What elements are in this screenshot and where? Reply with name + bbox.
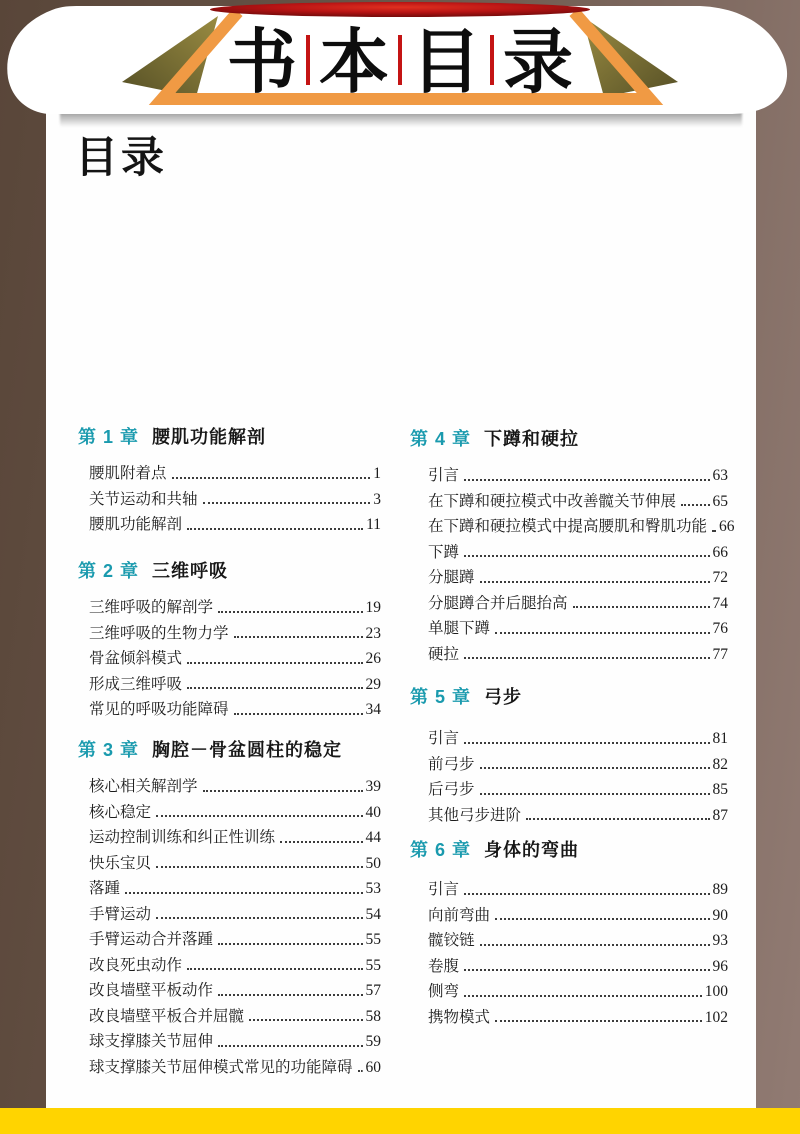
toc-entry-row: 下蹲 66 [428,540,728,566]
toc-entry-row: 在下蹲和硬拉模式中提高腰肌和臀肌功能 66 [428,514,728,540]
dot-leader [234,636,363,638]
dot-leader [358,1070,363,1072]
toc-entry-page: 102 [705,1005,728,1031]
toc-entry-title: 分腿蹲 [428,565,475,591]
toc-entry-title: 分腿蹲合并后腿抬高 [428,591,568,617]
toc-entry-row: 分腿蹲合并后腿抬高 74 [428,591,728,617]
toc-entry-page: 63 [713,463,729,489]
toc-entry-page: 82 [713,752,729,778]
toc-chapter-6: 第 6 章 身体的弯曲 引言 89 向前弯曲 90 髋铰链 93 卷腹 96 侧… [410,840,728,1030]
dot-leader [187,687,362,689]
toc-entry-row: 改良墙壁平板合并屈髋 58 [89,1004,381,1030]
page-title: 目录 [75,124,167,185]
chapter-entries: 引言 89 向前弯曲 90 髋铰链 93 卷腹 96 侧弯 100 携物模式 1… [428,877,728,1030]
toc-entry-page: 19 [366,595,382,621]
chapter-entries: 引言 81 前弓步 82 后弓步 85 其他弓步进阶 87 [428,726,728,828]
dot-leader [203,502,371,504]
toc-entry-page: 44 [366,825,382,851]
dot-leader [249,1019,362,1021]
chapter-number: 第 1 章 [78,427,139,447]
toc-entry-row: 分腿蹲 72 [428,565,728,591]
dot-leader [495,1020,702,1022]
toc-entry-page: 93 [713,928,729,954]
banner-char: 录 [494,24,582,100]
toc-entry-page: 81 [713,726,729,752]
toc-entry-page: 34 [366,697,382,723]
dot-leader [218,611,362,613]
toc-entry-title: 手臂运动 [89,902,151,928]
toc-entry-row: 形成三维呼吸 29 [89,672,381,698]
toc-entry-row: 向前弯曲 90 [428,903,728,929]
chapter-heading: 第 1 章 腰肌功能解剖 [78,427,381,447]
dot-leader [464,969,709,971]
dot-leader [218,994,362,996]
toc-entry-page: 55 [366,927,382,953]
toc-entry-page: 58 [366,1004,382,1030]
dot-leader [495,918,709,920]
toc-entry-page: 1 [373,461,381,487]
toc-chapter-2: 第 2 章 三维呼吸 三维呼吸的解剖学 19 三维呼吸的生物力学 23 骨盆倾斜… [78,561,381,723]
toc-entry-title: 向前弯曲 [428,903,490,929]
toc-entry-page: 74 [713,591,729,617]
toc-entry-title: 卷腹 [428,954,459,980]
toc-chapter-1: 第 1 章 腰肌功能解剖 腰肌附着点 1 关节运动和共轴 3 腰肌功能解剖 11 [78,427,381,538]
dot-leader [187,662,362,664]
toc-entry-page: 89 [713,877,729,903]
toc-entry-title: 运动控制训练和纠正性训练 [89,825,275,851]
chapter-title: 胸腔－骨盆圆柱的稳定 [152,740,342,760]
toc-entry-page: 26 [366,646,382,672]
dot-leader [156,917,362,919]
toc-chapter-5: 第 5 章 弓步 引言 81 前弓步 82 后弓步 85 其他弓步进阶 87 [410,687,728,828]
dot-leader [681,504,709,506]
toc-entry-row: 核心相关解剖学 39 [89,774,381,800]
toc-entry-title: 下蹲 [428,540,459,566]
dot-leader [187,968,362,970]
header-banner: 书 本 目 录 [0,0,800,130]
toc-entry-page: 100 [705,979,728,1005]
toc-entry-page: 23 [366,621,382,647]
chapter-entries: 核心相关解剖学 39 核心稳定 40 运动控制训练和纠正性训练 44 快乐宝贝 … [89,774,381,1080]
toc-entry-row: 三维呼吸的生物力学 23 [89,621,381,647]
toc-entry-title: 改良死虫动作 [89,953,182,979]
dot-leader [280,841,362,843]
dot-leader [172,477,371,479]
toc-entry-title: 手臂运动合并落踵 [89,927,213,953]
toc-entry-row: 前弓步 82 [428,752,728,778]
toc-entry-row: 髋铰链 93 [428,928,728,954]
dot-leader [156,866,362,868]
toc-entry-row: 三维呼吸的解剖学 19 [89,595,381,621]
toc-chapter-3: 第 3 章 胸腔－骨盆圆柱的稳定 核心相关解剖学 39 核心稳定 40 运动控制… [78,740,381,1080]
toc-entry-title: 腰肌功能解剖 [89,512,182,538]
toc-entry-page: 76 [713,616,729,642]
toc-entry-title: 侧弯 [428,979,459,1005]
toc-entry-title: 骨盆倾斜模式 [89,646,182,672]
toc-entry-row: 引言 63 [428,463,728,489]
chapter-title: 三维呼吸 [152,561,228,581]
toc-entry-title: 改良墙壁平板合并屈髋 [89,1004,244,1030]
dot-leader [480,581,710,583]
banner-char: 本 [310,24,398,100]
toc-entry-title: 常见的呼吸功能障碍 [89,697,229,723]
chapter-title: 身体的弯曲 [484,840,579,860]
chapter-heading: 第 6 章 身体的弯曲 [410,840,728,860]
toc-entry-title: 在下蹲和硬拉模式中改善髋关节伸展 [428,489,676,515]
toc-entry-page: 87 [713,803,729,829]
toc-entry-page: 60 [366,1055,382,1081]
dot-leader [218,1045,362,1047]
toc-entry-title: 球支撑膝关节屈伸 [89,1029,213,1055]
red-separator-bar [490,35,494,85]
toc-entry-page: 11 [366,512,381,538]
dot-leader [464,995,702,997]
toc-entry-row: 腰肌附着点 1 [89,461,381,487]
toc-entry-title: 前弓步 [428,752,475,778]
toc-entry-row: 在下蹲和硬拉模式中改善髋关节伸展 65 [428,489,728,515]
dot-leader [712,530,716,532]
chapter-number: 第 2 章 [78,561,139,581]
red-separator-bar [306,35,310,85]
toc-entry-row: 手臂运动合并落踵 55 [89,927,381,953]
toc-entry-title: 引言 [428,726,459,752]
toc-entry-page: 66 [719,514,735,540]
toc-entry-title: 引言 [428,463,459,489]
toc-entry-page: 90 [713,903,729,929]
toc-entry-page: 40 [366,800,382,826]
toc-chapter-4: 第 4 章 下蹲和硬拉 引言 63 在下蹲和硬拉模式中改善髋关节伸展 65 在下… [410,429,728,667]
toc-entry-row: 改良死虫动作 55 [89,953,381,979]
toc-entry-row: 落踵 53 [89,876,381,902]
toc-entry-page: 50 [366,851,382,877]
dot-leader [156,815,362,817]
toc-entry-row: 硬拉 77 [428,642,728,668]
toc-entry-title: 落踵 [89,876,120,902]
toc-entry-page: 65 [713,489,729,515]
toc-entry-title: 三维呼吸的生物力学 [89,621,229,647]
toc-entry-title: 快乐宝贝 [89,851,151,877]
chapter-title: 下蹲和硬拉 [484,429,579,449]
chapter-number: 第 3 章 [78,740,139,760]
toc-entry-title: 核心稳定 [89,800,151,826]
dot-leader [573,606,710,608]
toc-entry-title: 其他弓步进阶 [428,803,521,829]
toc-entry-page: 59 [366,1029,382,1055]
dot-leader [480,793,710,795]
toc-entry-title: 改良墙壁平板动作 [89,978,213,1004]
toc-entry-page: 77 [713,642,729,668]
toc-entry-row: 核心稳定 40 [89,800,381,826]
toc-entry-row: 引言 89 [428,877,728,903]
toc-entry-page: 39 [366,774,382,800]
toc-entry-title: 核心相关解剖学 [89,774,198,800]
toc-entry-page: 3 [373,487,381,513]
toc-entry-page: 57 [366,978,382,1004]
red-separator-bar [398,35,402,85]
chapter-title: 腰肌功能解剖 [152,427,266,447]
toc-entry-title: 携物模式 [428,1005,490,1031]
toc-entry-title: 球支撑膝关节屈伸模式常见的功能障碍 [89,1055,353,1081]
chapter-heading: 第 3 章 胸腔－骨盆圆柱的稳定 [78,740,381,760]
toc-entry-row: 关节运动和共轴 3 [89,487,381,513]
chapter-heading: 第 5 章 弓步 [410,687,728,707]
toc-entry-page: 53 [366,876,382,902]
chapter-heading: 第 2 章 三维呼吸 [78,561,381,581]
dot-leader [203,790,363,792]
toc-entry-title: 单腿下蹲 [428,616,490,642]
yellow-footer-bar [0,1108,800,1134]
toc-entry-title: 引言 [428,877,459,903]
dot-leader [464,657,709,659]
toc-entry-row: 卷腹 96 [428,954,728,980]
dot-leader [464,893,709,895]
banner-char: 目 [402,24,490,100]
toc-entry-row: 手臂运动 54 [89,902,381,928]
toc-entry-row: 常见的呼吸功能障碍 34 [89,697,381,723]
dot-leader [234,713,363,715]
toc-entry-row: 单腿下蹲 76 [428,616,728,642]
dot-leader [187,528,363,530]
toc-page: 目录 第 1 章 腰肌功能解剖 腰肌附着点 1 关节运动和共轴 3 腰肌功能解剖… [46,98,756,1109]
chapter-number: 第 6 章 [410,840,471,860]
dot-leader [526,818,709,820]
dot-leader [125,892,362,894]
toc-entry-title: 三维呼吸的解剖学 [89,595,213,621]
chapter-number: 第 5 章 [410,687,471,707]
toc-entry-title: 后弓步 [428,777,475,803]
red-swoosh-decoration [210,2,590,17]
toc-entry-row: 球支撑膝关节屈伸模式常见的功能障碍 60 [89,1055,381,1081]
dot-leader [218,943,362,945]
toc-entry-row: 快乐宝贝 50 [89,851,381,877]
banner-title: 书 本 目 录 [0,24,800,100]
toc-entry-row: 运动控制训练和纠正性训练 44 [89,825,381,851]
dot-leader [495,632,709,634]
banner-char: 书 [218,24,306,100]
dot-leader [464,555,709,557]
toc-entry-page: 85 [713,777,729,803]
dot-leader [464,742,709,744]
toc-entry-page: 72 [713,565,729,591]
chapter-heading: 第 4 章 下蹲和硬拉 [410,429,728,449]
toc-entry-title: 腰肌附着点 [89,461,167,487]
toc-entry-title: 硬拉 [428,642,459,668]
toc-entry-page: 29 [366,672,382,698]
toc-entry-page: 54 [366,902,382,928]
dot-leader [480,767,710,769]
toc-entry-row: 侧弯 100 [428,979,728,1005]
toc-entry-row: 骨盆倾斜模式 26 [89,646,381,672]
toc-entry-title: 关节运动和共轴 [89,487,198,513]
toc-entry-title: 髋铰链 [428,928,475,954]
toc-entry-row: 腰肌功能解剖 11 [89,512,381,538]
toc-entry-page: 96 [713,954,729,980]
chapter-entries: 腰肌附着点 1 关节运动和共轴 3 腰肌功能解剖 11 [89,461,381,538]
chapter-title: 弓步 [484,687,522,707]
toc-entry-title: 形成三维呼吸 [89,672,182,698]
toc-entry-row: 携物模式 102 [428,1005,728,1031]
toc-entry-row: 改良墙壁平板动作 57 [89,978,381,1004]
toc-entry-row: 后弓步 85 [428,777,728,803]
dot-leader [480,944,710,946]
toc-entry-row: 引言 81 [428,726,728,752]
chapter-entries: 三维呼吸的解剖学 19 三维呼吸的生物力学 23 骨盆倾斜模式 26 形成三维呼… [89,595,381,723]
toc-entry-title: 在下蹲和硬拉模式中提高腰肌和臀肌功能 [428,514,707,540]
toc-entry-row: 球支撑膝关节屈伸 59 [89,1029,381,1055]
toc-entry-page: 66 [713,540,729,566]
toc-entry-page: 55 [366,953,382,979]
chapter-number: 第 4 章 [410,429,471,449]
chapter-entries: 引言 63 在下蹲和硬拉模式中改善髋关节伸展 65 在下蹲和硬拉模式中提高腰肌和… [428,463,728,667]
dot-leader [464,479,709,481]
toc-entry-row: 其他弓步进阶 87 [428,803,728,829]
